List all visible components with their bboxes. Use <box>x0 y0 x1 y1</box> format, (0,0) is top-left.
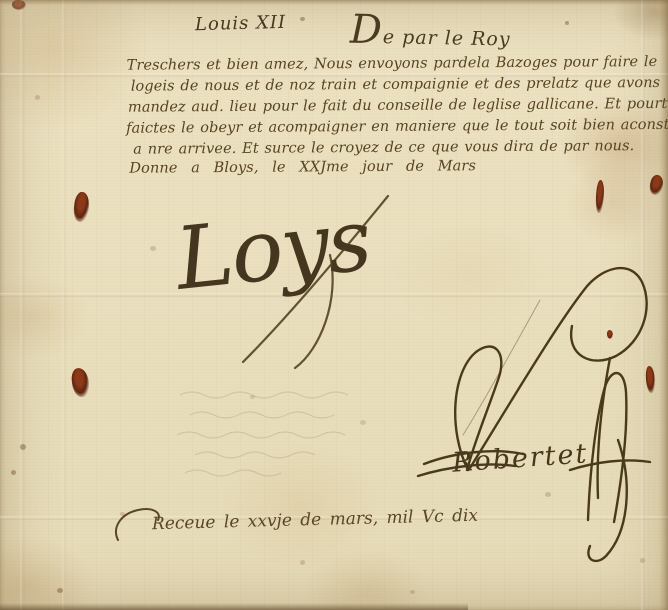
royal-signature-flourish <box>140 175 440 385</box>
fold-crease-vertical <box>20 0 24 610</box>
fox-spot <box>20 444 26 450</box>
fox-spot <box>57 588 63 593</box>
wax-stain <box>71 367 91 398</box>
fox-spot <box>300 17 305 21</box>
fox-spot <box>35 95 40 100</box>
wax-stain <box>595 180 605 213</box>
wax-stain <box>72 191 91 223</box>
fold-crease-vertical <box>62 0 66 610</box>
fox-spot <box>300 560 305 565</box>
fox-spot <box>565 21 569 25</box>
paper-edge-shadow <box>0 603 468 610</box>
fox-spot <box>410 590 415 594</box>
fox-spot <box>11 470 16 475</box>
manuscript-page: Louis XII De par le Roy Treschers et bie… <box>0 0 668 610</box>
paper-edge-shadow <box>0 0 668 5</box>
annotation-louis-xii: Louis XII <box>195 12 287 35</box>
show-through-writing <box>175 385 395 485</box>
heading-de-par-le-roy: De par le Roy <box>350 7 512 56</box>
secretary-paraph-flourish <box>405 250 668 580</box>
paper-edge-shadow <box>659 0 668 610</box>
letter-body: Treschers et bien amez, Nous envoyons pa… <box>113 52 624 180</box>
